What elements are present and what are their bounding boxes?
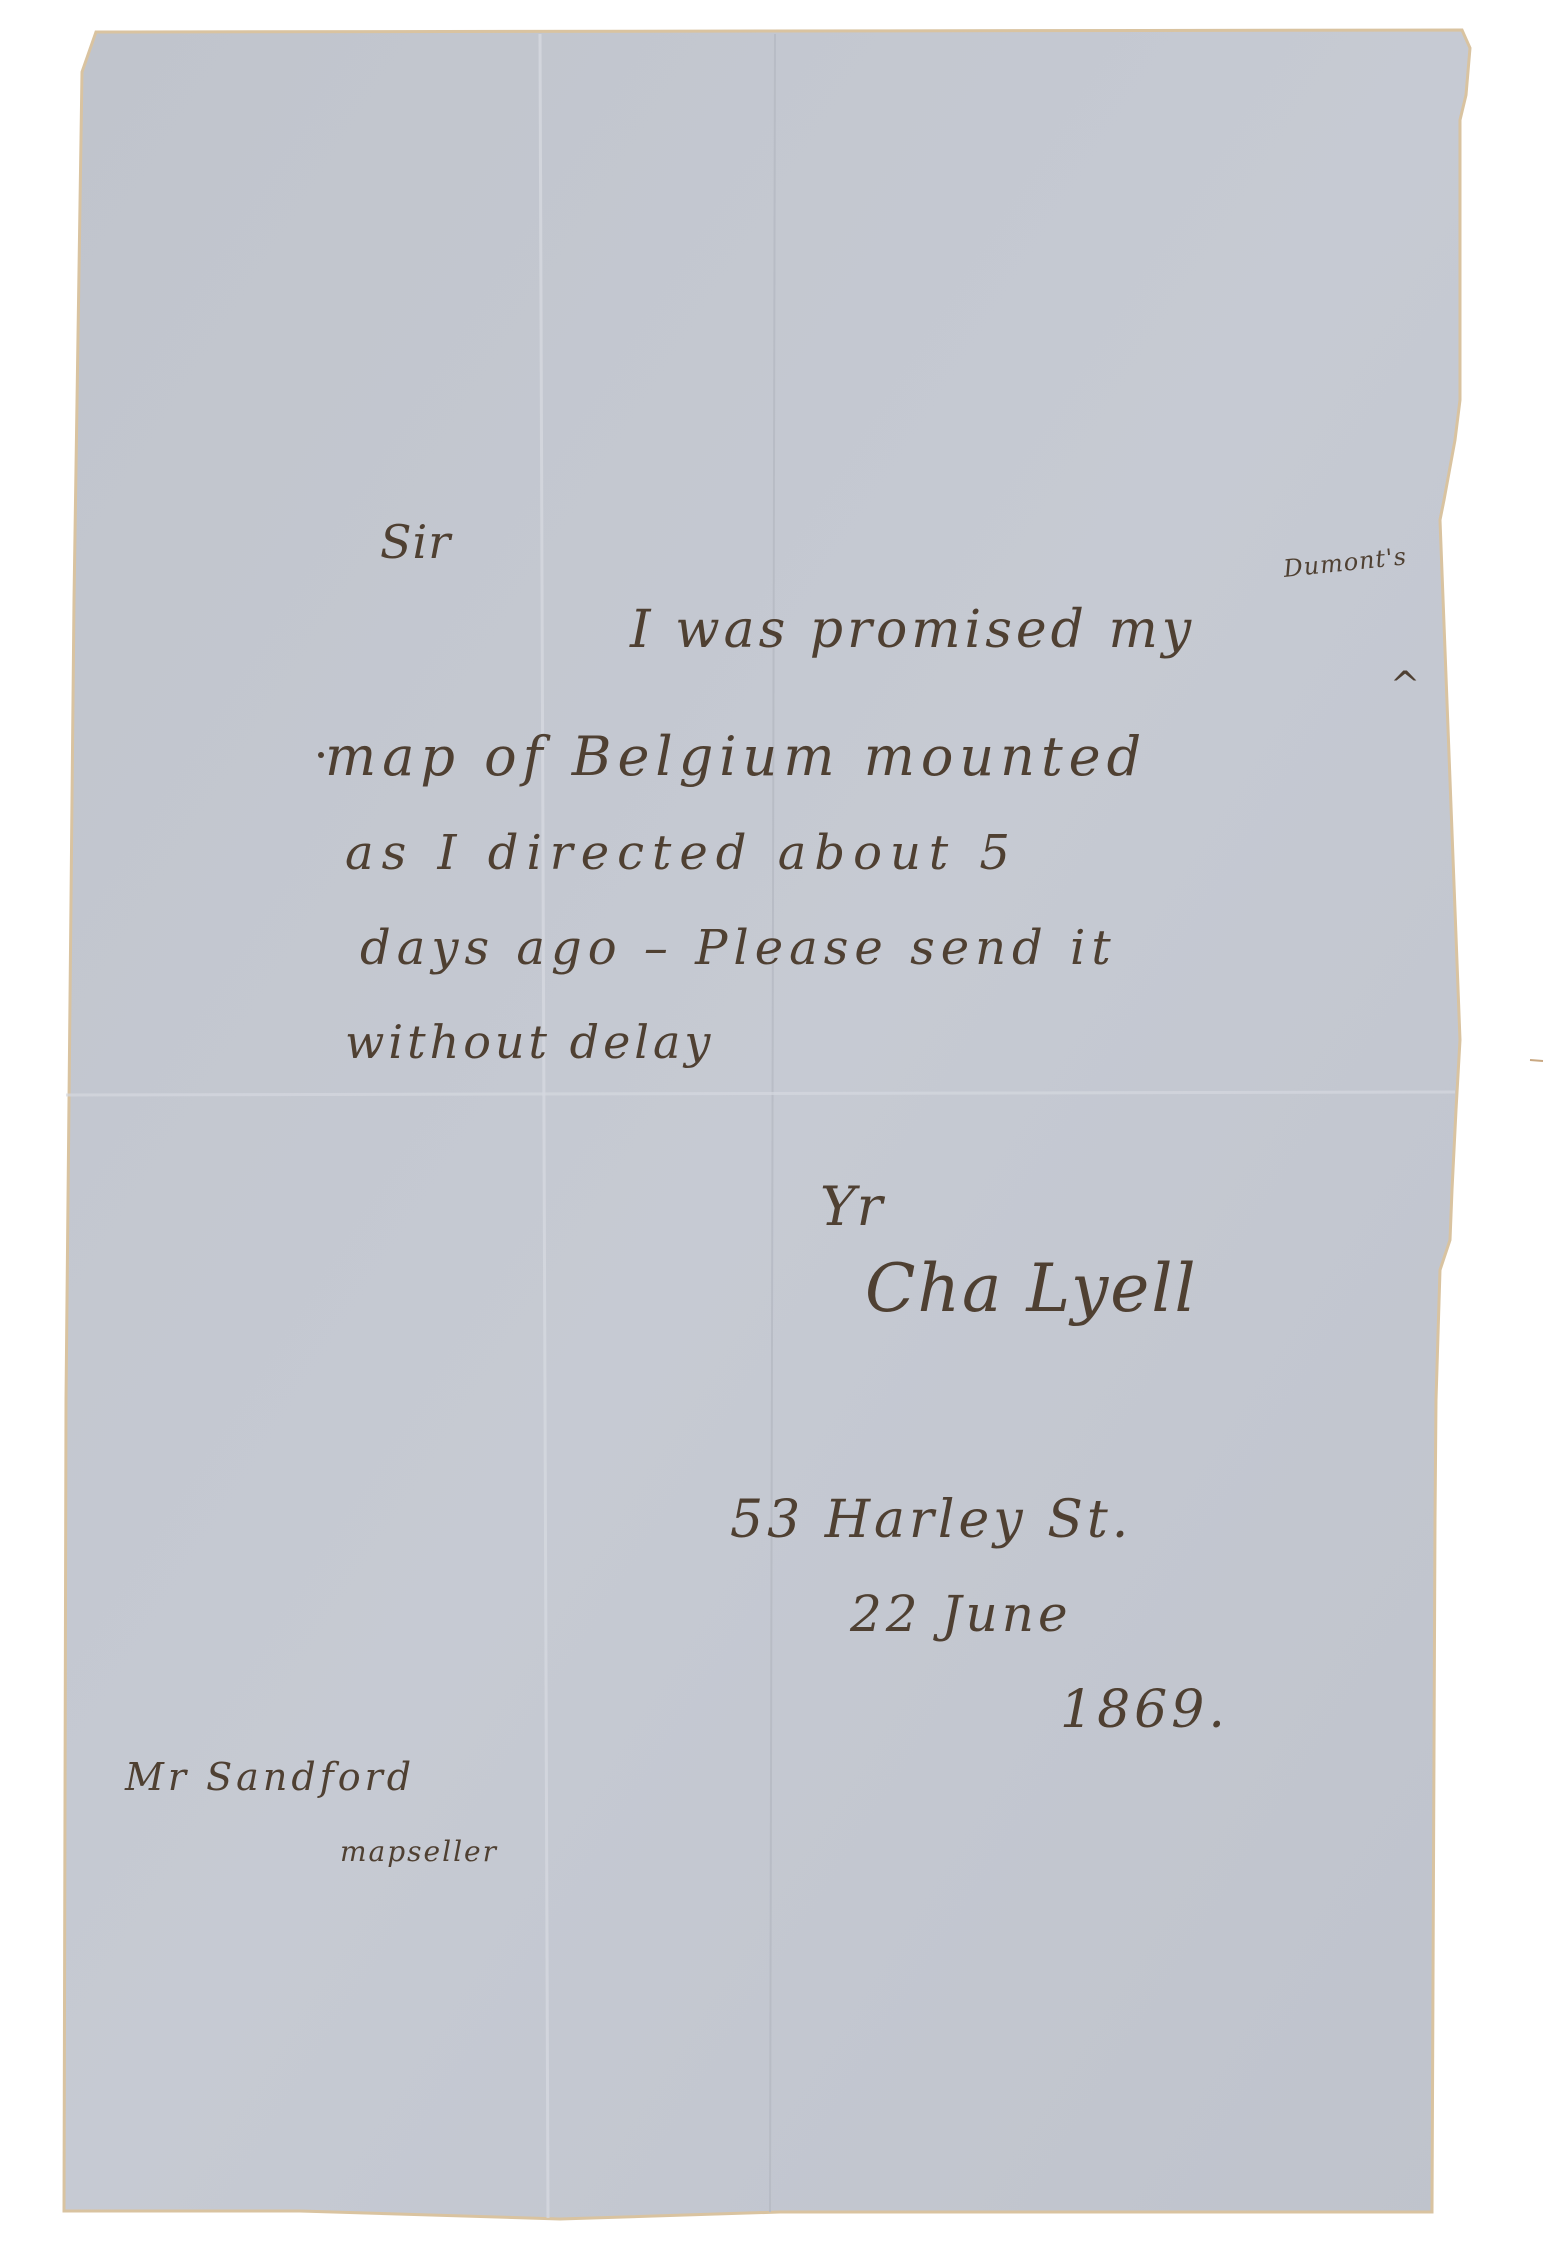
body-line-1: I was promised my — [630, 600, 1195, 660]
paper-background — [0, 0, 1554, 2255]
signature: Cha Lyell — [865, 1250, 1198, 1327]
sender-address: 53 Harley St. — [730, 1490, 1132, 1550]
closing: Yr — [820, 1175, 883, 1238]
insertion-caret-icon: ^ — [1390, 665, 1421, 706]
body-line-5: without delay — [345, 1015, 714, 1069]
margin-dot — [318, 752, 324, 758]
body-line-2: map of Belgium mounted — [325, 725, 1147, 788]
recipient-trade: mapseller — [340, 1835, 498, 1868]
date-day-month: 22 June — [850, 1585, 1072, 1643]
body-line-4: days ago – Please send it — [360, 920, 1117, 976]
recipient-name: Mr Sandford — [125, 1755, 415, 1799]
salutation: Sir — [380, 515, 451, 569]
body-line-3: as I directed about 5 — [345, 825, 1018, 881]
letter-sheet — [0, 0, 1554, 2255]
date-year: 1869. — [1060, 1680, 1229, 1740]
